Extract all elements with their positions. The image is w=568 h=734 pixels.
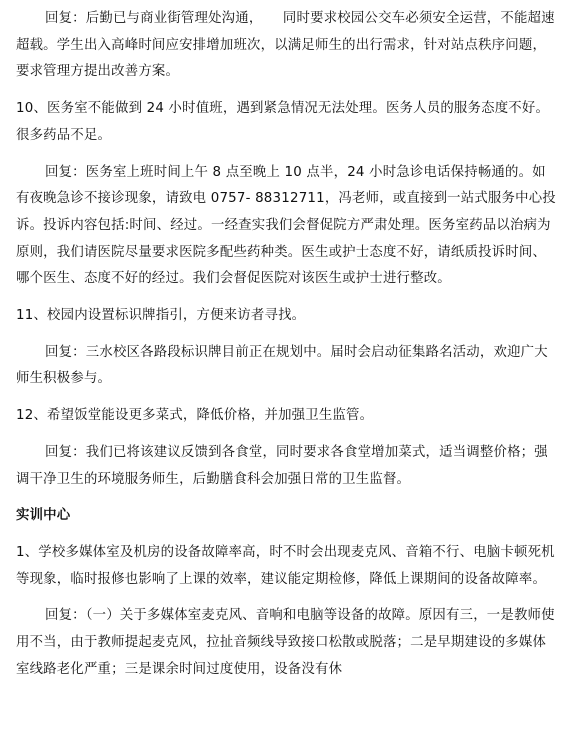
- reply-paragraph-bus: 回复：后勤已与商业街管理处沟通， 同时要求校园公交车必须安全运营，不能超速超载。…: [16, 6, 556, 86]
- reply-paragraph-medical-room: 回复：医务室上班时间上午 8 点至晚上 10 点半，24 小时急诊电话保持畅通的…: [16, 160, 556, 294]
- section-heading-training-center: 实训中心: [16, 503, 556, 530]
- reply-paragraph-signage: 回复：三水校区各路段标识牌目前正在规划中。届时会启动征集路名活动，欢迎广大师生积…: [16, 340, 556, 393]
- question-1-multimedia-equipment: 1、学校多媒体室及机房的设备故障率高，时不时会出现麦克风、音箱不行、电脑卡顿死机…: [16, 540, 556, 593]
- question-11-signage: 11、校园内设置标识牌指引，方便来访者寻找。: [16, 303, 556, 330]
- reply-paragraph-canteen: 回复：我们已将该建议反馈到各食堂，同时要求各食堂增加菜式，适当调整价格；强调干净…: [16, 440, 556, 493]
- document-body: 回复：后勤已与商业街管理处沟通， 同时要求校园公交车必须安全运营，不能超速超载。…: [16, 6, 556, 693]
- question-10-medical-room: 10、医务室不能做到 24 小时值班，遇到紧急情况无法处理。医务人员的服务态度不…: [16, 96, 556, 149]
- question-12-canteen: 12、希望饭堂能设更多菜式，降低价格，并加强卫生监管。: [16, 403, 556, 430]
- reply-paragraph-multimedia-equipment: 回复：（一）关于多媒体室麦克风、音响和电脑等设备的故障。原因有三，一是教师使用不…: [16, 603, 556, 683]
